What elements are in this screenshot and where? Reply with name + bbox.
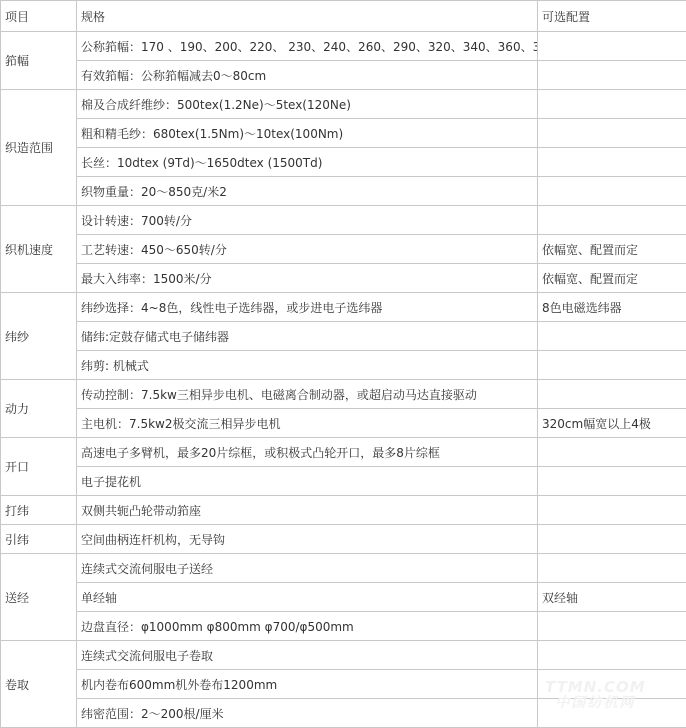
table-header-row: 项目 规格 可选配置 (1, 1, 686, 32)
spec-cell: 连续式交流伺服电子送经 (77, 554, 538, 583)
option-cell: 双经轴 (538, 583, 686, 612)
item-cell: 动力 (1, 380, 77, 438)
item-cell: 织造范围 (1, 90, 77, 206)
option-cell (538, 554, 686, 583)
table-row: 卷取 连续式交流伺服电子卷取 (1, 641, 686, 670)
header-option: 可选配置 (538, 1, 686, 32)
item-cell: 筘幅 (1, 32, 77, 90)
table-row: 最大入纬率：1500米/分 依幅宽、配置而定 (1, 264, 686, 293)
option-cell (538, 351, 686, 380)
spec-cell: 连续式交流伺服电子卷取 (77, 641, 538, 670)
item-cell: 织机速度 (1, 206, 77, 293)
table-row: 纬剪: 机械式 (1, 351, 686, 380)
table-row: 织造范围 棉及合成纤维纱：500tex(1.2Ne)～5tex(120Ne) (1, 90, 686, 119)
table-row: 送经 连续式交流伺服电子送经 (1, 554, 686, 583)
spec-cell: 机内卷布600mm机外卷布1200mm (77, 670, 538, 699)
spec-cell: 纬纱选择：4~8色，线性电子选纬器，或步进电子选纬器 (77, 293, 538, 322)
table-row: 电子提花机 (1, 467, 686, 496)
table-row: 机内卷布600mm机外卷布1200mm (1, 670, 686, 699)
table-row: 纬密范围：2～200根/厘米 (1, 699, 686, 728)
spec-cell: 纬剪: 机械式 (77, 351, 538, 380)
option-cell: 依幅宽、配置而定 (538, 235, 686, 264)
spec-cell: 储纬:定鼓存储式电子储纬器 (77, 322, 538, 351)
option-cell (538, 90, 686, 119)
option-cell (538, 467, 686, 496)
table-row: 引纬 空间曲柄连杆机构，无导钩 (1, 525, 686, 554)
table-row: 有效筘幅：公称筘幅减去0～80cm (1, 61, 686, 90)
option-cell (538, 177, 686, 206)
option-cell (538, 699, 686, 728)
option-cell: 8色电磁选纬器 (538, 293, 686, 322)
spec-cell: 粗和精毛纱：680tex(1.5Nm)～10tex(100Nm) (77, 119, 538, 148)
spec-table: 项目 规格 可选配置 筘幅 公称筘幅：170 、190、200、220、 230… (0, 0, 686, 728)
option-cell (538, 438, 686, 467)
table-row: 筘幅 公称筘幅：170 、190、200、220、 230、240、260、29… (1, 32, 686, 61)
spec-cell: 传动控制：7.5kw三相异步电机、电磁离合制动器，或超启动马达直接驱动 (77, 380, 538, 409)
spec-cell: 棉及合成纤维纱：500tex(1.2Ne)～5tex(120Ne) (77, 90, 538, 119)
option-cell (538, 641, 686, 670)
spec-cell: 空间曲柄连杆机构，无导钩 (77, 525, 538, 554)
item-cell: 送经 (1, 554, 77, 641)
option-cell (538, 670, 686, 699)
item-cell: 打纬 (1, 496, 77, 525)
spec-cell: 最大入纬率：1500米/分 (77, 264, 538, 293)
option-cell (538, 206, 686, 235)
option-cell: 320cm幅宽以上4极 (538, 409, 686, 438)
spec-cell: 织物重量：20～850克/米2 (77, 177, 538, 206)
table-row: 边盘直径：φ1000mm φ800mm φ700/φ500mm (1, 612, 686, 641)
spec-cell: 电子提花机 (77, 467, 538, 496)
spec-cell: 边盘直径：φ1000mm φ800mm φ700/φ500mm (77, 612, 538, 641)
spec-cell: 有效筘幅：公称筘幅减去0～80cm (77, 61, 538, 90)
option-cell (538, 148, 686, 177)
spec-cell: 公称筘幅：170 、190、200、220、 230、240、260、290、3… (77, 32, 538, 61)
table-row: 开口 高速电子多臂机，最多20片综框，或积极式凸轮开口，最多8片综框 (1, 438, 686, 467)
table-row: 动力 传动控制：7.5kw三相异步电机、电磁离合制动器，或超启动马达直接驱动 (1, 380, 686, 409)
spec-cell: 高速电子多臂机，最多20片综框，或积极式凸轮开口，最多8片综框 (77, 438, 538, 467)
spec-cell: 纬密范围：2～200根/厘米 (77, 699, 538, 728)
spec-cell: 长丝：10dtex (9Td)～1650dtex (1500Td) (77, 148, 538, 177)
table-row: 织机速度 设计转速：700转/分 (1, 206, 686, 235)
spec-cell: 双侧共轭凸轮带动筘座 (77, 496, 538, 525)
item-cell: 纬纱 (1, 293, 77, 380)
option-cell (538, 61, 686, 90)
option-cell (538, 496, 686, 525)
option-cell (538, 525, 686, 554)
option-cell (538, 380, 686, 409)
table-row: 单经轴 双经轴 (1, 583, 686, 612)
option-cell (538, 322, 686, 351)
table-row: 储纬:定鼓存储式电子储纬器 (1, 322, 686, 351)
table-row: 纬纱 纬纱选择：4~8色，线性电子选纬器，或步进电子选纬器 8色电磁选纬器 (1, 293, 686, 322)
table-row: 工艺转速：450～650转/分 依幅宽、配置而定 (1, 235, 686, 264)
spec-cell: 主电机：7.5kw2极交流三相异步电机 (77, 409, 538, 438)
table-row: 打纬 双侧共轭凸轮带动筘座 (1, 496, 686, 525)
spec-cell: 工艺转速：450～650转/分 (77, 235, 538, 264)
option-cell (538, 612, 686, 641)
header-item: 项目 (1, 1, 77, 32)
table-row: 长丝：10dtex (9Td)～1650dtex (1500Td) (1, 148, 686, 177)
table-row: 织物重量：20～850克/米2 (1, 177, 686, 206)
item-cell: 卷取 (1, 641, 77, 728)
option-cell (538, 32, 686, 61)
option-cell: 依幅宽、配置而定 (538, 264, 686, 293)
item-cell: 开口 (1, 438, 77, 496)
option-cell (538, 119, 686, 148)
table-row: 主电机：7.5kw2极交流三相异步电机 320cm幅宽以上4极 (1, 409, 686, 438)
spec-cell: 设计转速：700转/分 (77, 206, 538, 235)
table-row: 粗和精毛纱：680tex(1.5Nm)～10tex(100Nm) (1, 119, 686, 148)
spec-cell: 单经轴 (77, 583, 538, 612)
header-spec: 规格 (77, 1, 538, 32)
item-cell: 引纬 (1, 525, 77, 554)
